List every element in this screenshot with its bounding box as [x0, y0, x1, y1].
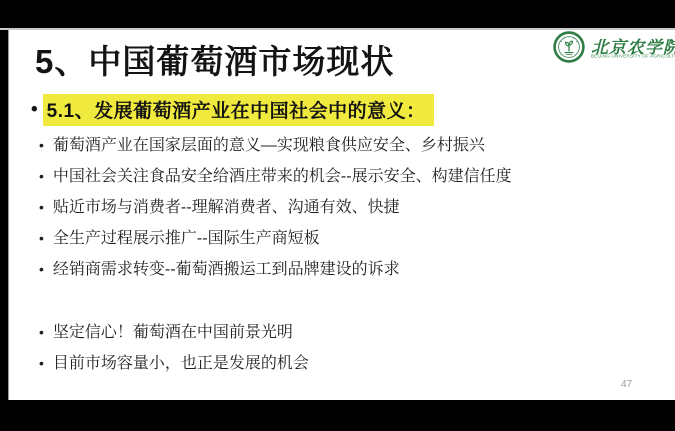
- bullet-dot: •: [39, 192, 44, 223]
- section-heading-highlighted: 5.1、发展葡萄酒产业在中国社会中的意义：: [43, 94, 434, 126]
- list-item: • 目前市场容量小，也正是发展的机会: [39, 348, 639, 379]
- bullet-dot: •: [39, 130, 44, 161]
- bullet-text: 经销商需求转变--葡萄酒搬运工到品牌建设的诉求: [53, 254, 400, 285]
- presentation-screen: 5、中国葡萄酒市场现状 北京农学院 BEIJING UNIVERSITY OF …: [0, 0, 675, 431]
- bullet-dot: •: [31, 99, 38, 121]
- university-name-english: BEIJING UNIVERSITY OF AGRICULTURE: [591, 54, 675, 59]
- slide: 5、中国葡萄酒市场现状 北京农学院 BEIJING UNIVERSITY OF …: [8, 30, 675, 400]
- list-item: • 经销商需求转变--葡萄酒搬运工到品牌建设的诉求: [39, 254, 639, 285]
- bullet-text: 葡萄酒产业在国家层面的意义—实现粮食供应安全、乡村振兴: [53, 130, 485, 161]
- section-heading-line: • 5.1、发展葡萄酒产业在中国社会中的意义：: [31, 94, 434, 126]
- bullet-text: 目前市场容量小，也正是发展的机会: [53, 348, 309, 379]
- list-item: • 中国社会关注食品安全给酒庄带来的机会--展示安全、构建信任度: [39, 161, 639, 192]
- slide-title: 5、中国葡萄酒市场现状: [35, 36, 394, 83]
- list-item: • 坚定信心！葡萄酒在中国前景光明: [39, 317, 639, 348]
- bullet-dot: •: [39, 317, 44, 348]
- bullet-text: 全生产过程展示推广--国际生产商短板: [53, 223, 320, 254]
- page-number: 47: [621, 379, 632, 390]
- bullet-list-main: • 葡萄酒产业在国家层面的意义—实现粮食供应安全、乡村振兴 • 中国社会关注食品…: [39, 130, 639, 285]
- list-item: • 全生产过程展示推广--国际生产商短板: [39, 223, 639, 254]
- bullet-list-extra: • 坚定信心！葡萄酒在中国前景光明 • 目前市场容量小，也正是发展的机会: [39, 317, 639, 379]
- bullet-text: 中国社会关注食品安全给酒庄带来的机会--展示安全、构建信任度: [53, 161, 512, 192]
- bullet-text: 坚定信心！葡萄酒在中国前景光明: [53, 317, 293, 348]
- bullet-text: 贴近市场与消费者--理解消费者、沟通有效、快捷: [53, 192, 400, 223]
- list-item: • 贴近市场与消费者--理解消费者、沟通有效、快捷: [39, 192, 639, 223]
- list-item: • 葡萄酒产业在国家层面的意义—实现粮食供应安全、乡村振兴: [39, 130, 639, 161]
- bullet-dot: •: [39, 348, 44, 379]
- university-emblem-icon: [553, 31, 585, 63]
- bullet-dot: •: [39, 254, 44, 285]
- university-logo: 北京农学院 BEIJING UNIVERSITY OF AGRICULTURE: [553, 30, 675, 66]
- bullet-dot: •: [39, 161, 44, 192]
- bullet-dot: •: [39, 223, 44, 254]
